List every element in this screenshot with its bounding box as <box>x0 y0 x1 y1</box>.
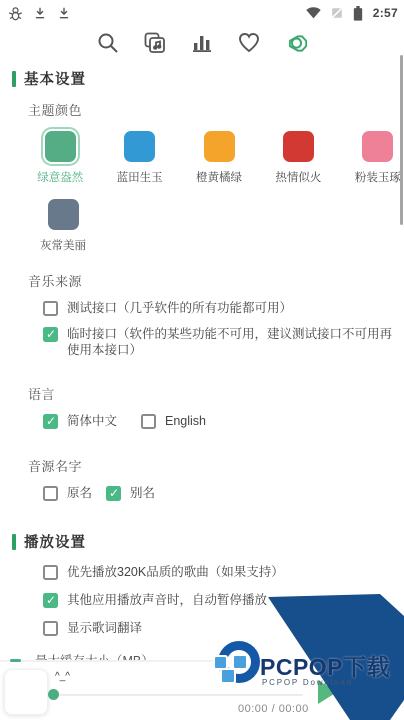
source-name-label: 音源名字 <box>28 456 404 475</box>
theme-option-blue[interactable]: 蓝田生玉 <box>113 128 165 185</box>
color-swatch[interactable] <box>362 131 393 162</box>
color-swatch[interactable] <box>204 131 235 162</box>
checkbox[interactable] <box>43 414 58 429</box>
player-bar: ^_^ 00:00 / 00:00 <box>0 660 404 720</box>
theme-color-list-row2: 灰常美丽 <box>34 196 404 253</box>
theme-option-red[interactable]: 热情似火 <box>272 128 324 185</box>
checkbox-label: 临时接口（软件的某些功能不可用，建议测试接口不可用再使用本接口） <box>67 326 392 358</box>
checkbox[interactable] <box>43 301 58 316</box>
checkbox[interactable] <box>43 486 58 501</box>
checkbox-row-temp-api[interactable]: 临时接口（软件的某些功能不可用，建议测试接口不可用再使用本接口） <box>43 326 392 358</box>
color-swatch[interactable] <box>48 199 79 230</box>
mini-progress-fill <box>10 659 21 662</box>
checkbox[interactable] <box>43 327 58 342</box>
color-swatch[interactable] <box>124 131 155 162</box>
scrollbar-thumb[interactable] <box>400 55 403 225</box>
app-screen: 2:57 <box>0 0 404 720</box>
checkbox[interactable] <box>106 486 121 501</box>
album-art[interactable] <box>4 669 48 715</box>
seek-bar[interactable] <box>53 694 303 696</box>
clock-time: 2:57 <box>373 6 398 20</box>
play-button[interactable] <box>318 680 337 704</box>
status-bar-left <box>8 6 71 21</box>
top-nav <box>0 28 404 58</box>
checkbox-label: 优先播放320K品质的歌曲（如果支持） <box>67 564 284 580</box>
download-icon <box>33 6 47 20</box>
theme-option-pink[interactable]: 粉装玉琢 <box>352 128 404 185</box>
theme-option-orange[interactable]: 橙黄橘绿 <box>193 128 245 185</box>
favorites-heart-icon[interactable] <box>236 30 262 56</box>
checkbox-label: 原名 <box>67 485 92 501</box>
color-swatch[interactable] <box>45 131 76 162</box>
settings-content: 基本设置 主题颜色 绿意盎然 蓝田生玉 橙黄橘绿 热情似火 粉装玉琢 <box>0 56 404 702</box>
status-bar-right: 2:57 <box>306 6 398 21</box>
seek-thumb[interactable] <box>48 689 59 700</box>
music-source-label: 音乐来源 <box>28 271 404 290</box>
checkbox-row-english[interactable]: English <box>141 413 206 429</box>
search-icon[interactable] <box>95 30 121 56</box>
checkbox-row-chinese[interactable]: 简体中文 <box>43 413 117 429</box>
theme-color-list: 绿意盎然 蓝田生玉 橙黄橘绿 热情似火 粉装玉琢 <box>34 128 404 185</box>
checkbox-label: 显示歌词翻译 <box>67 620 142 636</box>
checkbox[interactable] <box>43 621 58 636</box>
battery-icon <box>353 6 363 21</box>
checkbox[interactable] <box>43 593 58 608</box>
swatch-label: 灰常美丽 <box>40 237 86 253</box>
ranking-chart-icon[interactable] <box>189 30 215 56</box>
swatch-label: 蓝田生玉 <box>117 169 163 185</box>
checkbox-row-original-name[interactable]: 原名 <box>43 485 92 501</box>
section-accent-bar <box>12 534 16 550</box>
theme-color-label: 主题颜色 <box>28 100 404 119</box>
section-accent-bar <box>12 71 16 87</box>
color-swatch[interactable] <box>283 131 314 162</box>
language-label: 语言 <box>28 384 404 403</box>
song-title: ^_^ <box>55 671 70 682</box>
wifi-icon <box>306 7 321 19</box>
checkbox[interactable] <box>141 414 156 429</box>
theme-option-green[interactable]: 绿意盎然 <box>34 128 86 185</box>
section-title: 基本设置 <box>24 68 86 89</box>
section-play-settings: 播放设置 <box>12 531 404 552</box>
checkbox-row-320k[interactable]: 优先播放320K品质的歌曲（如果支持） <box>43 564 392 580</box>
checkbox[interactable] <box>43 565 58 580</box>
checkbox-label: 别名 <box>130 485 155 501</box>
playback-time: 00:00 / 00:00 <box>238 703 309 715</box>
download-icon <box>57 6 71 20</box>
settings-gear-icon[interactable] <box>283 30 309 56</box>
swatch-label: 热情似火 <box>275 169 321 185</box>
swatch-label: 绿意盎然 <box>37 169 83 185</box>
swatch-label: 粉装玉琢 <box>355 169 401 185</box>
no-sim-icon <box>331 7 343 19</box>
theme-option-gray[interactable]: 灰常美丽 <box>34 196 92 253</box>
section-title: 播放设置 <box>24 531 86 552</box>
checkbox-label: 简体中文 <box>67 413 117 429</box>
language-options: 简体中文 English <box>43 413 392 429</box>
checkbox-label: 其他应用播放声音时，自动暂停播放 <box>67 592 267 608</box>
checkbox-row-test-api[interactable]: 测试接口（几乎软件的所有功能都可用） <box>43 300 392 316</box>
music-library-icon[interactable] <box>142 30 168 56</box>
source-name-options: 原名 别名 <box>43 485 392 501</box>
checkbox-label: English <box>165 413 206 429</box>
checkbox-row-auto-pause[interactable]: 其他应用播放声音时，自动暂停播放 <box>43 592 392 608</box>
swatch-label: 橙黄橘绿 <box>196 169 242 185</box>
section-basic-settings: 基本设置 <box>12 68 404 89</box>
mini-progress-track <box>0 660 404 662</box>
checkbox-row-lyric-translation[interactable]: 显示歌词翻译 <box>43 620 392 636</box>
bug-icon <box>8 6 23 21</box>
status-bar: 2:57 <box>0 0 404 24</box>
checkbox-label: 测试接口（几乎软件的所有功能都可用） <box>67 300 292 316</box>
checkbox-row-alias-name[interactable]: 别名 <box>106 485 155 501</box>
